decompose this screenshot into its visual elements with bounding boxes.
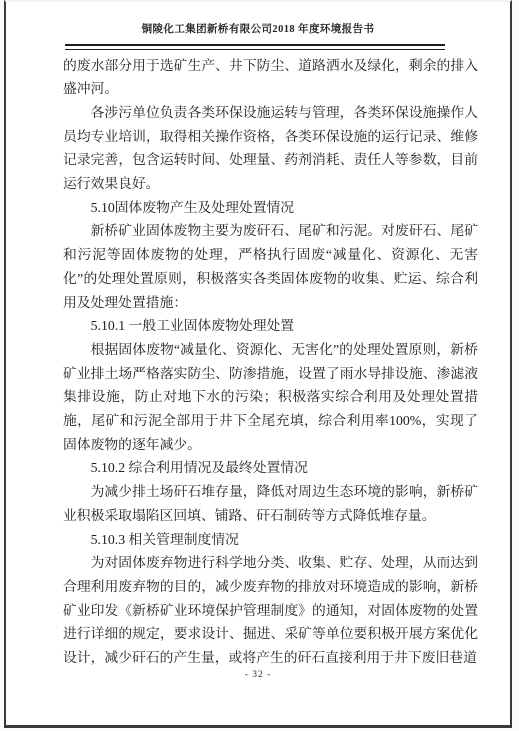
paragraph-solid-waste-overview: 新桥矿业固体废物主要为废矸石、尾矿和污泥。对废矸石、尾矿和污泥等固体废物的处理，…	[63, 219, 478, 314]
paragraph-continuation: 的废水部分用于选矿生产、井下防尘、道路洒水及绿化，剩余的排入盛冲河。	[63, 54, 478, 101]
report-page: 铜陵化工集团新桥有限公司2018 年度环境报告书 的废水部分用于选矿生产、井下防…	[4, 0, 512, 728]
paragraph-comprehensive-utilization: 为减少排土场矸石堆存量，降低对周边生态环境的影响，新桥矿业积极采取塌陷区回填、铺…	[63, 480, 478, 527]
section-heading-5-10-3: 5.10.3 相关管理制度情况	[63, 528, 478, 552]
section-heading-5-10-2: 5.10.2 综合利用情况及最终处置情况	[63, 456, 478, 480]
header-double-rule	[65, 44, 445, 50]
paragraph-general-industrial-waste: 根据固体废物“减量化、资源化、无害化”的处理处置原则，新桥矿业排土场严格落实防尘…	[63, 338, 478, 457]
section-heading-5-10-1: 5.10.1 一般工业固体废物处理处置	[63, 314, 478, 338]
paragraph-env-facility-management: 各涉污单位负责各类环保设施运转与管理，各类环保设施操作人员均专业培训，取得相关操…	[63, 101, 478, 196]
paragraph-management-system: 为对固体废弃物进行科学地分类、收集、贮存、处理，从而达到合理利用废弃物的目的，减…	[63, 551, 478, 670]
page-header-title: 铜陵化工集团新桥有限公司2018 年度环境报告书	[6, 23, 510, 37]
page-number: - 32 -	[6, 670, 510, 680]
document-body: 的废水部分用于选矿生产、井下防尘、道路洒水及绿化，剩余的排入盛冲河。 各涉污单位…	[63, 54, 478, 670]
section-heading-5-10: 5.10固体废物产生及处理处置情况	[63, 196, 478, 220]
